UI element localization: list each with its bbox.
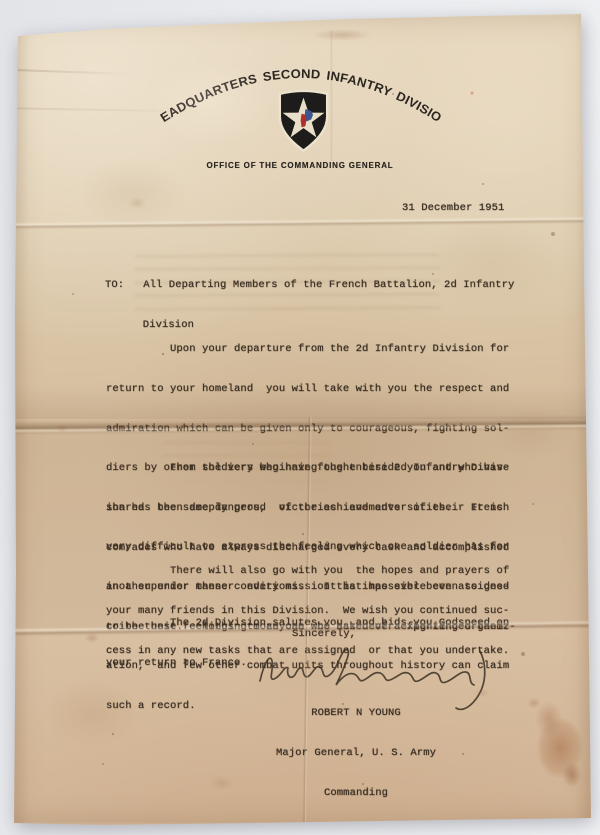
typed-signer-name: ROBERT N YOUNG	[271, 707, 441, 720]
typed-line: Upon your departure from the 2d Infantry…	[106, 343, 509, 356]
letter-paper: HEADQUARTERS SECOND INFANTRY DIVISION OF…	[12, 13, 593, 825]
office-of-commanding-general-line: OFFICE OF THE COMMANDING GENERAL	[12, 161, 588, 170]
signature-stroke	[260, 649, 474, 685]
to-recipients: All Departing Members of the French Batt…	[143, 279, 514, 291]
signer-role: Commanding	[271, 787, 441, 800]
2nd-infantry-division-insignia-icon	[275, 88, 332, 153]
paper-shadow-wrap: HEADQUARTERS SECOND INFANTRY DIVISION OF…	[0, 0, 600, 835]
document-photo: HEADQUARTERS SECOND INFANTRY DIVISION OF…	[0, 0, 600, 835]
signature-block: ROBERT N YOUNG Major General, U. S. Army…	[271, 681, 441, 826]
date-line: 31 December 1951	[402, 202, 504, 215]
typed-line: There will also go with you the hopes an…	[106, 565, 509, 578]
typed-line: ion has been deeply proud of the achieve…	[106, 502, 516, 515]
typed-line: admiration which can be given only to co…	[106, 423, 509, 436]
arch-title-text: HEADQUARTERS SECOND INFANTRY DIVISION	[12, 13, 444, 125]
letterhead-title: HEADQUARTERS SECOND INFANTRY DIVISION	[12, 13, 444, 125]
to-label: TO:	[105, 279, 124, 291]
indian-face-icon	[301, 114, 307, 127]
typed-line: return to your homeland you will take wi…	[106, 383, 509, 396]
address-line-1: TO:All Departing Members of the French B…	[105, 279, 514, 292]
fold-crease-top	[12, 216, 593, 230]
typed-line: From the very beginning the entire 2d In…	[106, 462, 516, 475]
signer-title: Major General, U. S. Army	[271, 747, 441, 760]
closing-salutation: Sincerely,	[292, 628, 356, 641]
